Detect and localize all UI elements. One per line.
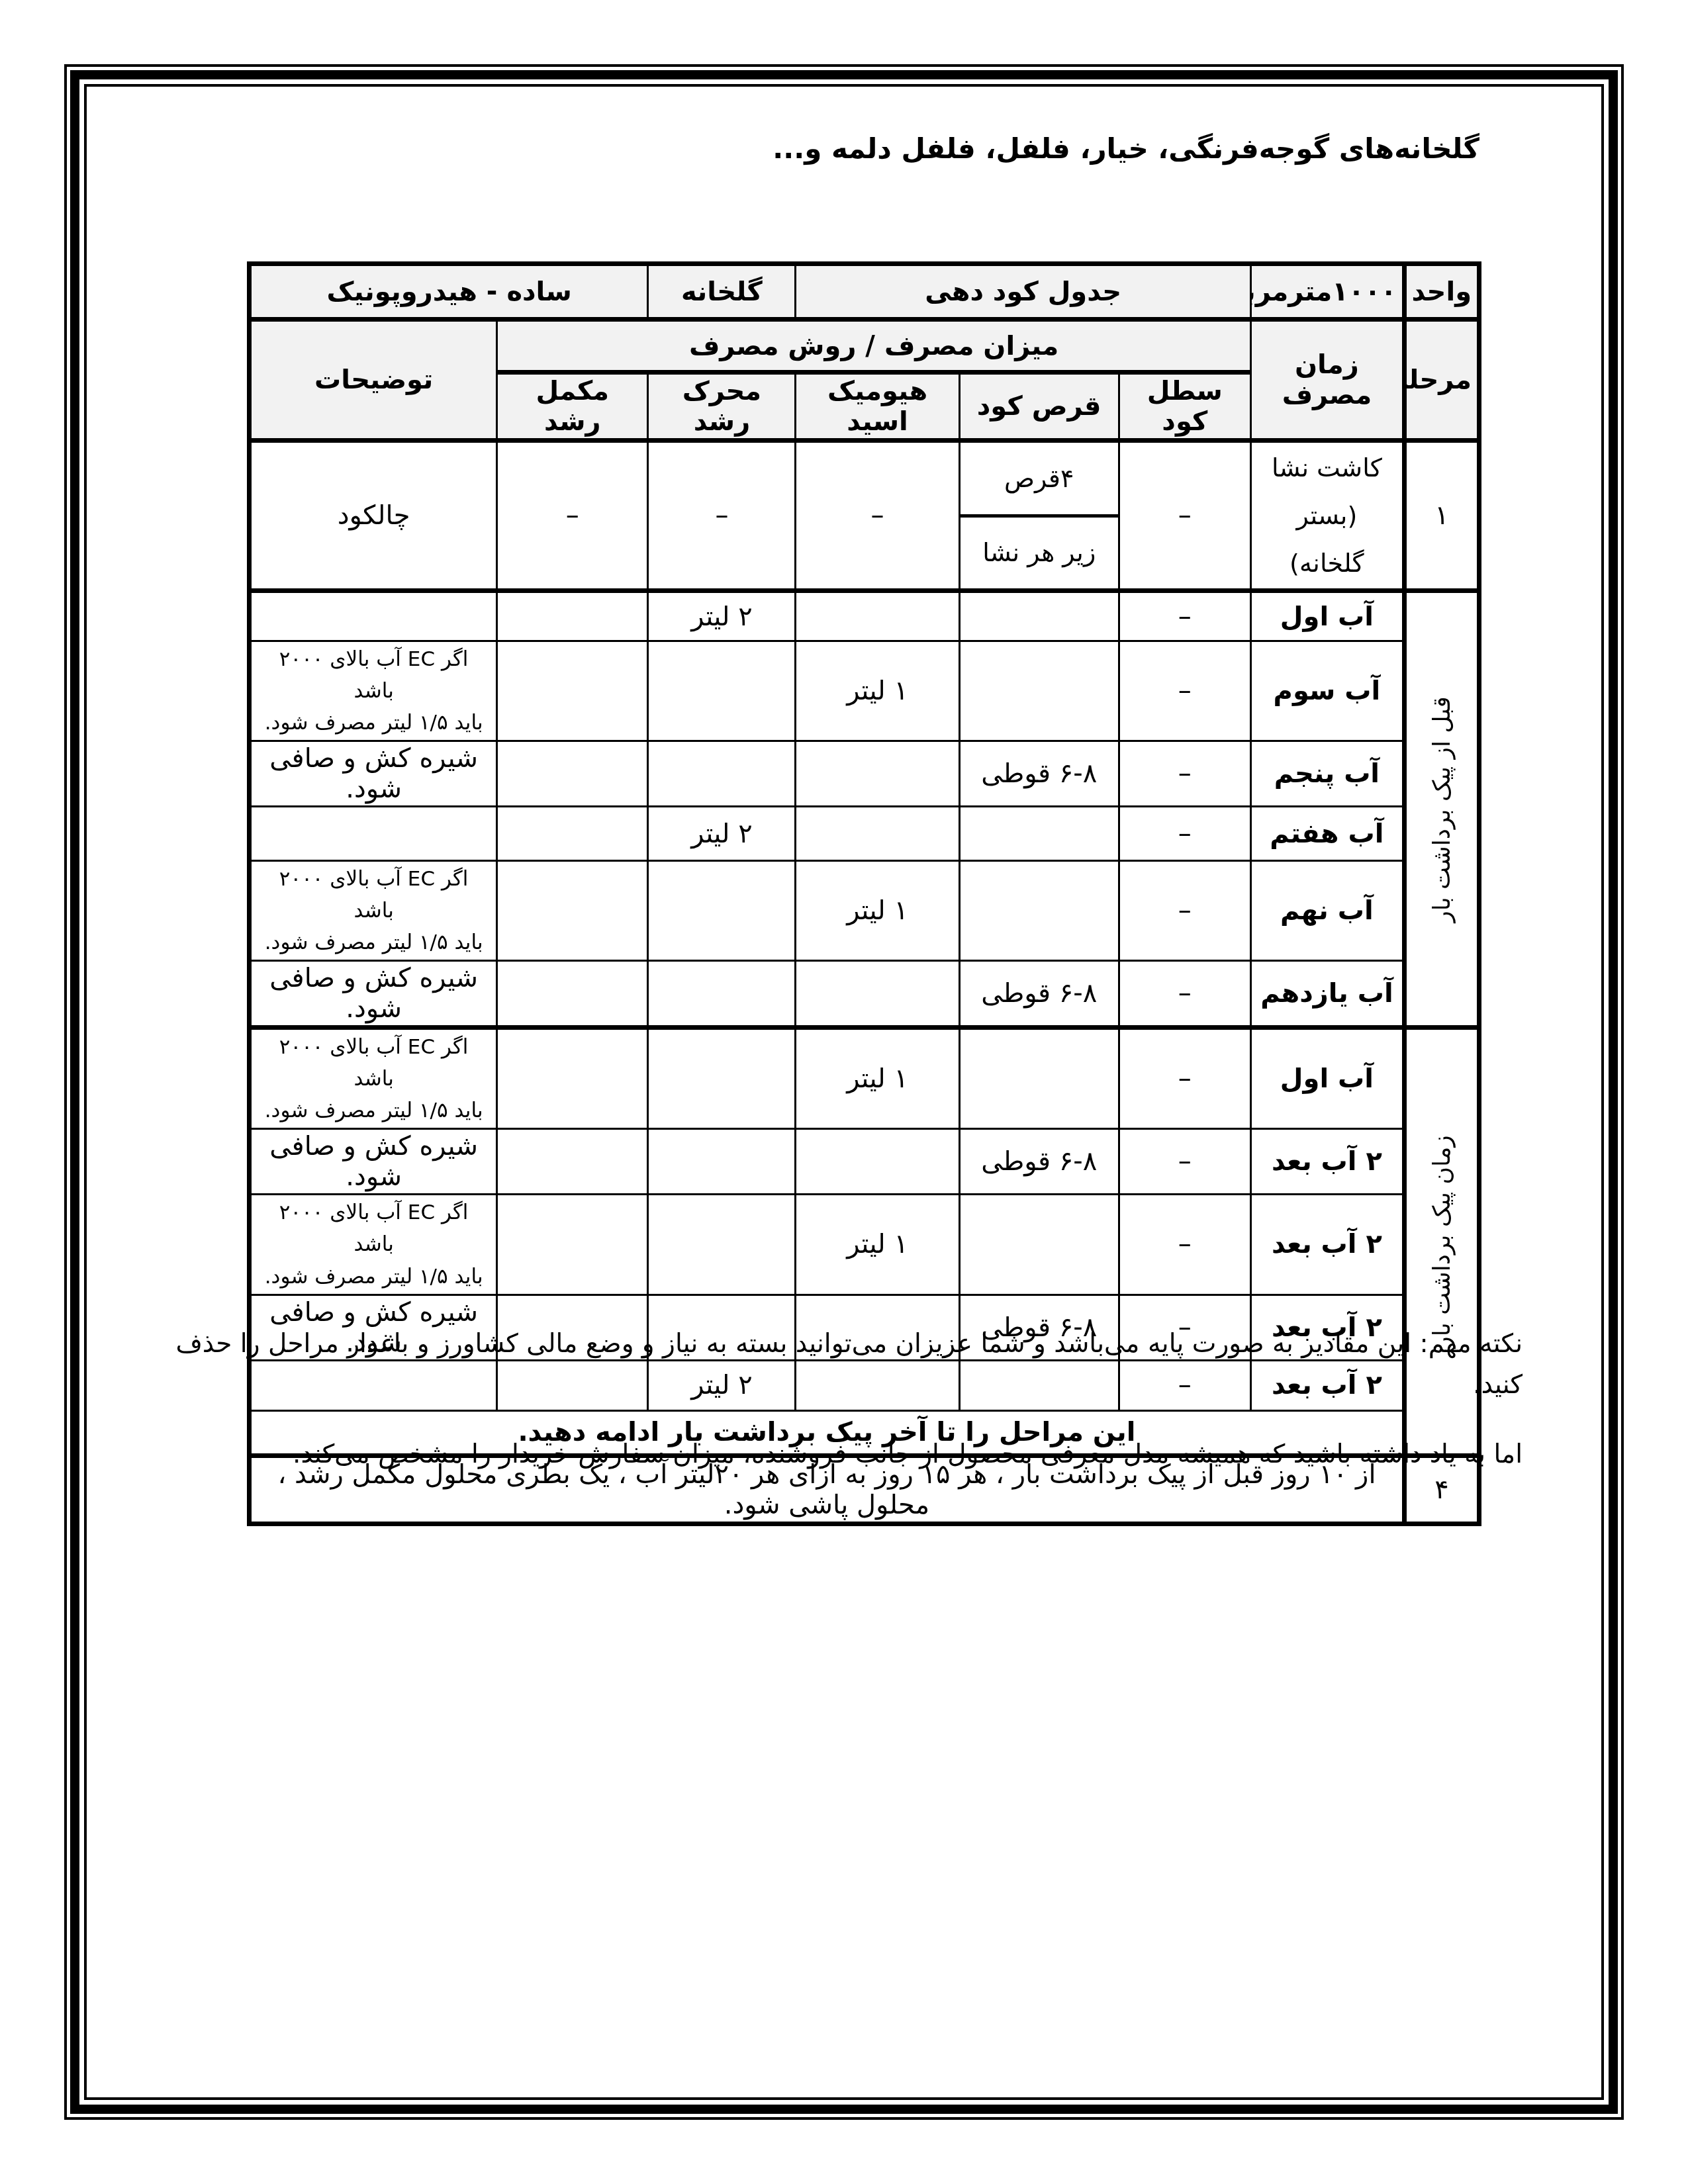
footnote-paragraph-1: نکته مهم: این مقادیر به صورت پایه می‌باش… [156, 1324, 1523, 1406]
row-time: ۲ آب بعد [1250, 1195, 1404, 1295]
row-time: آب یازدهم [1250, 961, 1404, 1028]
row-supplement [497, 591, 648, 641]
row-bucket: – [1119, 741, 1250, 807]
row-stimulant: ۲ لیتر [648, 807, 796, 861]
row-time: آب پنجم [1250, 741, 1404, 807]
row-supplement [497, 1195, 648, 1295]
row-time: آب سوم [1250, 641, 1404, 741]
stage1-notes: چالکود [250, 441, 497, 591]
header-greenhouse-value: ساده - هیدروپونیک [250, 264, 648, 320]
section-before-label: قبل از پیک برداشت بار [1404, 591, 1479, 1028]
note-line2: باید ۱/۵ لیتر مصرف شود. [257, 1095, 491, 1126]
row-humic: ۱ لیتر [796, 641, 959, 741]
row-time: آب هفتم [1250, 807, 1404, 861]
table-header-row-1: واحد ۱۰۰۰مترمربع جدول کود دهی گلخانه ساد… [250, 264, 1479, 320]
row-stimulant [648, 861, 796, 961]
header-amount-band: میزان مصرف / روش مصرف [497, 320, 1251, 373]
row-tablet: ۶-۸ قوطی [959, 961, 1119, 1028]
row-tablet: ۶-۸ قوطی [959, 1129, 1119, 1195]
row-bucket: – [1119, 807, 1250, 861]
row-bucket: – [1119, 1129, 1250, 1195]
row-humic [796, 1129, 959, 1195]
row-stimulant [648, 1195, 796, 1295]
row-supplement [497, 1129, 648, 1195]
stage1-supplement: – [497, 441, 648, 591]
row-bucket: – [1119, 591, 1250, 641]
header-col-bucket: سطل کود [1119, 373, 1250, 441]
header-col-tablet: قرص کود [959, 373, 1119, 441]
row-bucket: – [1119, 861, 1250, 961]
row-humic [796, 961, 959, 1028]
table-row: آب پنجم – ۶-۸ قوطی شیره کش و صافی شود. [250, 741, 1479, 807]
note-line2: باید ۱/۵ لیتر مصرف شود. [257, 707, 491, 739]
header-col-humic: هیومیک اسید [796, 373, 959, 441]
row-humic [796, 591, 959, 641]
row-notes [250, 591, 497, 641]
header-notes: توضیحات [250, 320, 497, 441]
row-bucket: – [1119, 641, 1250, 741]
row-notes: اگر EC آب بالای ۲۰۰۰ باشد باید ۱/۵ لیتر … [250, 1195, 497, 1295]
row-notes: اگر EC آب بالای ۲۰۰۰ باشد باید ۱/۵ لیتر … [250, 641, 497, 741]
row-notes: اگر EC آب بالای ۲۰۰۰ باشد باید ۱/۵ لیتر … [250, 861, 497, 961]
row-tablet [959, 807, 1119, 861]
row-bucket: – [1119, 961, 1250, 1028]
row-stimulant [648, 741, 796, 807]
footnote-block: نکته مهم: این مقادیر به صورت پایه می‌باش… [156, 1324, 1523, 1475]
row-supplement [497, 641, 648, 741]
table-title: جدول کود دهی [796, 264, 1250, 320]
stage1-time-line2: (بستر گلخانه) [1257, 492, 1397, 587]
note-line1: اگر EC آب بالای ۲۰۰۰ باشد [257, 1197, 491, 1260]
table-row: آب سوم – ۱ لیتر اگر EC آب بالای ۲۰۰۰ باش… [250, 641, 1479, 741]
row-notes: شیره کش و صافی شود. [250, 1129, 497, 1195]
row-stimulant [648, 961, 796, 1028]
stage1-bucket: – [1119, 441, 1250, 591]
row-supplement [497, 1028, 648, 1129]
row-supplement [497, 807, 648, 861]
stage1-stimulant: – [648, 441, 796, 591]
row-tablet [959, 641, 1119, 741]
stage1-time: کاشت نشا (بستر گلخانه) [1250, 441, 1404, 591]
note-line1: اگر EC آب بالای ۲۰۰۰ باشد [257, 1031, 491, 1095]
row-tablet [959, 861, 1119, 961]
header-col-supplement: مکمل رشد [497, 373, 648, 441]
row-humic [796, 741, 959, 807]
row-supplement [497, 741, 648, 807]
header-unit-value: ۱۰۰۰مترمربع [1250, 264, 1404, 320]
stage1-tablet-bottom: زیر هر نشا [959, 516, 1119, 591]
table-row: قبل از پیک برداشت بار آب اول – ۲ لیتر [250, 591, 1479, 641]
row-stimulant [648, 641, 796, 741]
note-line1: اگر EC آب بالای ۲۰۰۰ باشد [257, 643, 491, 707]
table-row: آب یازدهم – ۶-۸ قوطی شیره کش و صافی شود. [250, 961, 1479, 1028]
row-time: آب اول [1250, 1028, 1404, 1129]
table-row: ۲ آب بعد – ۶-۸ قوطی شیره کش و صافی شود. [250, 1129, 1479, 1195]
table-row: آب هفتم – ۲ لیتر [250, 807, 1479, 861]
row-humic: ۱ لیتر [796, 1028, 959, 1129]
header-greenhouse-label: گلخانه [648, 264, 796, 320]
row-notes: شیره کش و صافی شود. [250, 741, 497, 807]
row-tablet [959, 1195, 1119, 1295]
footnote-paragraph-2: اما به یاد داشته باشید که همیشه مدل معرف… [156, 1434, 1523, 1475]
document-page: { "page": { "top_line": "گلخانه‌های گوجه… [0, 0, 1688, 2184]
row-bucket: – [1119, 1195, 1250, 1295]
row-supplement [497, 861, 648, 961]
table-header-row-2: مرحله زمان مصرف میزان مصرف / روش مصرف تو… [250, 320, 1479, 373]
row-bucket: – [1119, 1028, 1250, 1129]
header-stage: مرحله [1404, 320, 1479, 441]
section-before-label-text: قبل از پیک برداشت بار [1428, 696, 1455, 922]
table-row: ۲ آب بعد – ۱ لیتر اگر EC آب بالای ۲۰۰۰ ب… [250, 1195, 1479, 1295]
row-stimulant [648, 1129, 796, 1195]
note-line2: باید ۱/۵ لیتر مصرف شود. [257, 1261, 491, 1293]
stage1-humic: – [796, 441, 959, 591]
row-tablet: ۶-۸ قوطی [959, 741, 1119, 807]
header-col-stimulant: محرک رشد [648, 373, 796, 441]
note-line2: باید ۱/۵ لیتر مصرف شود. [257, 927, 491, 958]
row-time: ۲ آب بعد [1250, 1129, 1404, 1195]
stage1-time-line1: کاشت نشا [1257, 444, 1397, 492]
stage1-number: ۱ [1404, 441, 1479, 591]
row-notes: اگر EC آب بالای ۲۰۰۰ باشد باید ۱/۵ لیتر … [250, 1028, 497, 1129]
row-humic [796, 807, 959, 861]
row-tablet [959, 1028, 1119, 1129]
page-title: گلخانه‌های گوجه‌فرنگی، خیار، فلفل، فلفل … [209, 132, 1479, 165]
row-stimulant [648, 1028, 796, 1129]
row-stimulant: ۲ لیتر [648, 591, 796, 641]
section-peak-label-text: زمان پیک برداشت بار [1428, 1135, 1455, 1347]
row-humic: ۱ لیتر [796, 1195, 959, 1295]
row-supplement [497, 961, 648, 1028]
stage1-tablet-top: ۴قرص [959, 441, 1119, 516]
table-row: زمان پیک برداشت بار آب اول – ۱ لیتر اگر … [250, 1028, 1479, 1129]
row-time: آب نهم [1250, 861, 1404, 961]
row-notes: شیره کش و صافی شود. [250, 961, 497, 1028]
note-line1: اگر EC آب بالای ۲۰۰۰ باشد [257, 863, 491, 927]
table-row: آب نهم – ۱ لیتر اگر EC آب بالای ۲۰۰۰ باش… [250, 861, 1479, 961]
row-humic: ۱ لیتر [796, 861, 959, 961]
header-unit-label: واحد [1404, 264, 1479, 320]
stage1-row-a: ۱ کاشت نشا (بستر گلخانه) – ۴قرص – – – چا… [250, 441, 1479, 516]
header-time: زمان مصرف [1250, 320, 1404, 441]
row-time: آب اول [1250, 591, 1404, 641]
row-tablet [959, 591, 1119, 641]
row-notes [250, 807, 497, 861]
